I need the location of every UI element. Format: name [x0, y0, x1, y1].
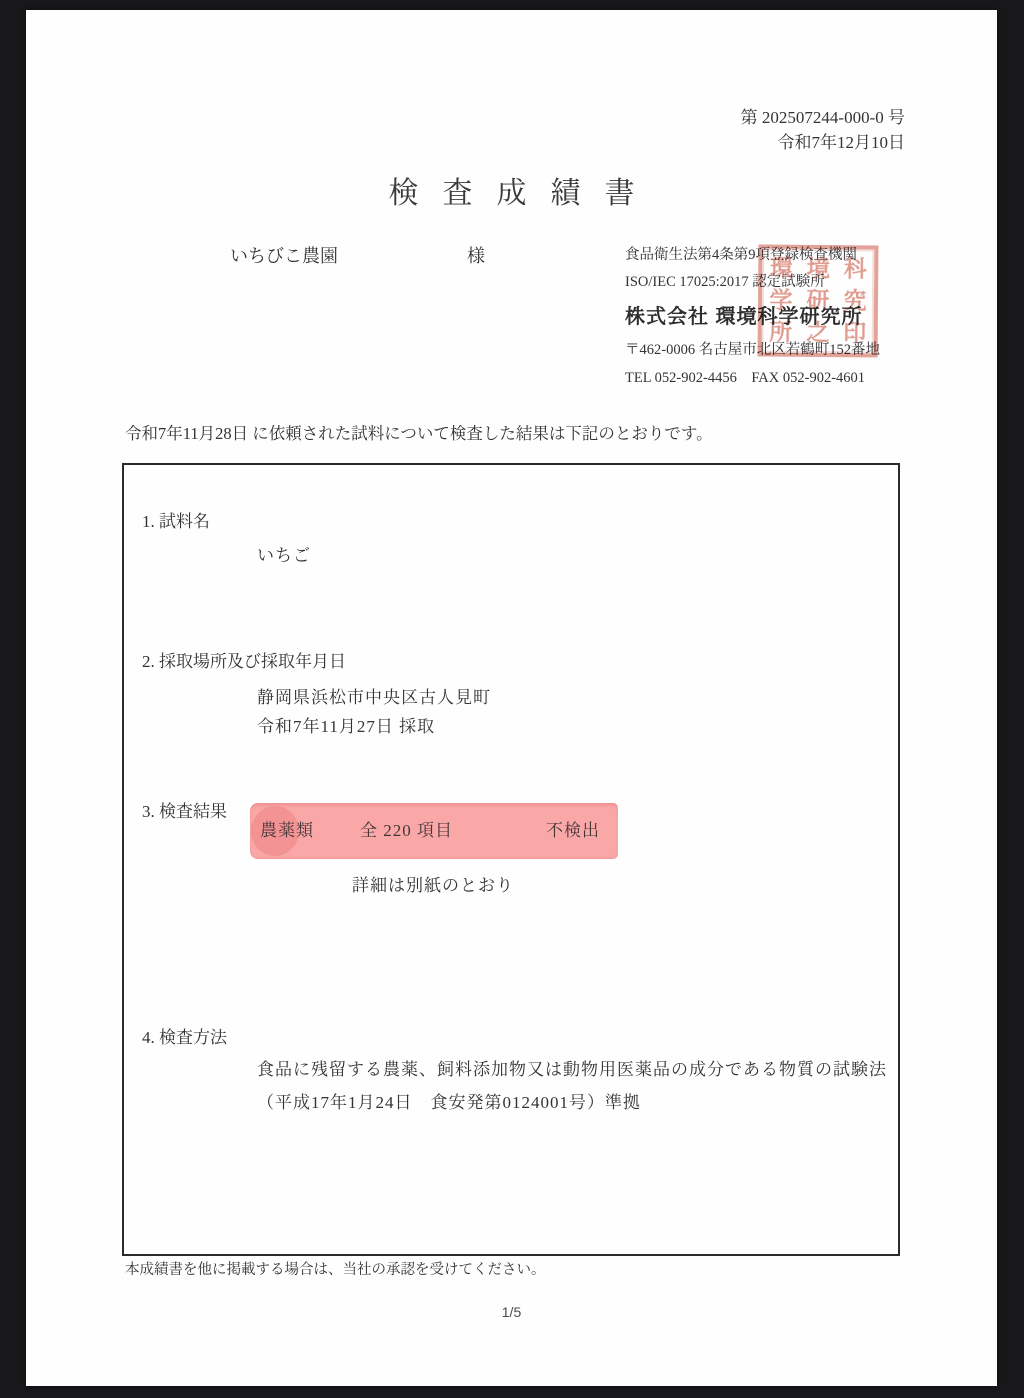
customer-name: いちびこ農園 [230, 242, 338, 268]
result-highlight-row: 農薬類 全 220 項目 不検出 [250, 803, 618, 859]
lab-company-name: 株式会社 環境科学研究所 [625, 300, 965, 329]
footer-note: 本成績書を他に掲載する場合は、当社の承認を受けてください。 [125, 1258, 546, 1279]
section-2-label: 2. 採取場所及び採取年月日 [142, 647, 346, 672]
sampling-date-value: 令和7年11月27日 採取 [257, 712, 435, 737]
result-box: 1. 試料名 いちご 2. 採取場所及び採取年月日 静岡県浜松市中央区古人見町 … [122, 463, 900, 1256]
customer-honorific: 様 [467, 242, 485, 268]
document-number: 第 202507244-000-0 号 [741, 106, 905, 131]
laboratory-block: 食品衛生法第4条第9項登録検査機関 ISO/IEC 17025:2017 認定試… [625, 248, 965, 387]
section-3-label: 3. 検査結果 [142, 797, 227, 822]
result-category: 農薬類 [260, 803, 314, 859]
result-value: 不検出 [546, 803, 600, 859]
lab-certification-line1: 食品衛生法第4条第9項登録検査機関 [625, 248, 965, 263]
document-id-block: 第 202507244-000-0 号 令和7年12月10日 [741, 106, 905, 155]
section-1-label: 1. 試料名 [142, 507, 210, 532]
lab-tel-fax: TEL 052-902-4456 FAX 052-902-4601 [625, 366, 965, 387]
section-4-label: 4. 検査方法 [142, 1023, 227, 1048]
method-line-2: （平成17年1月24日 食安発第0124001号）準拠 [257, 1088, 641, 1113]
lab-address: 〒462-0006 名古屋市北区若鶴町152番地 [625, 338, 965, 359]
document-viewer: { "header": { "doc_number": "第 202507244… [0, 0, 1024, 1398]
intro-statement: 令和7年11月28日 に依頼された試料について検査した結果は下記のとおりです。 [125, 420, 713, 444]
result-scope: 全 220 項目 [360, 803, 453, 859]
result-note: 詳細は別紙のとおり [352, 871, 514, 896]
report-page: 第 202507244-000-0 号 令和7年12月10日 検査成績書 いちび… [26, 10, 997, 1386]
issue-date: 令和7年12月10日 [741, 131, 905, 156]
sampling-place-value: 静岡県浜松市中央区古人見町 [257, 683, 491, 708]
method-line-1: 食品に残留する農薬、飼料添加物又は動物用医薬品の成分である物質の試験法 [257, 1055, 887, 1080]
sample-name-value: いちご [257, 541, 311, 566]
page-number: 1/5 [26, 1304, 997, 1320]
lab-certification-line2: ISO/IEC 17025:2017 認定試験所 [625, 270, 965, 291]
page-title: 検査成績書 [26, 168, 997, 212]
